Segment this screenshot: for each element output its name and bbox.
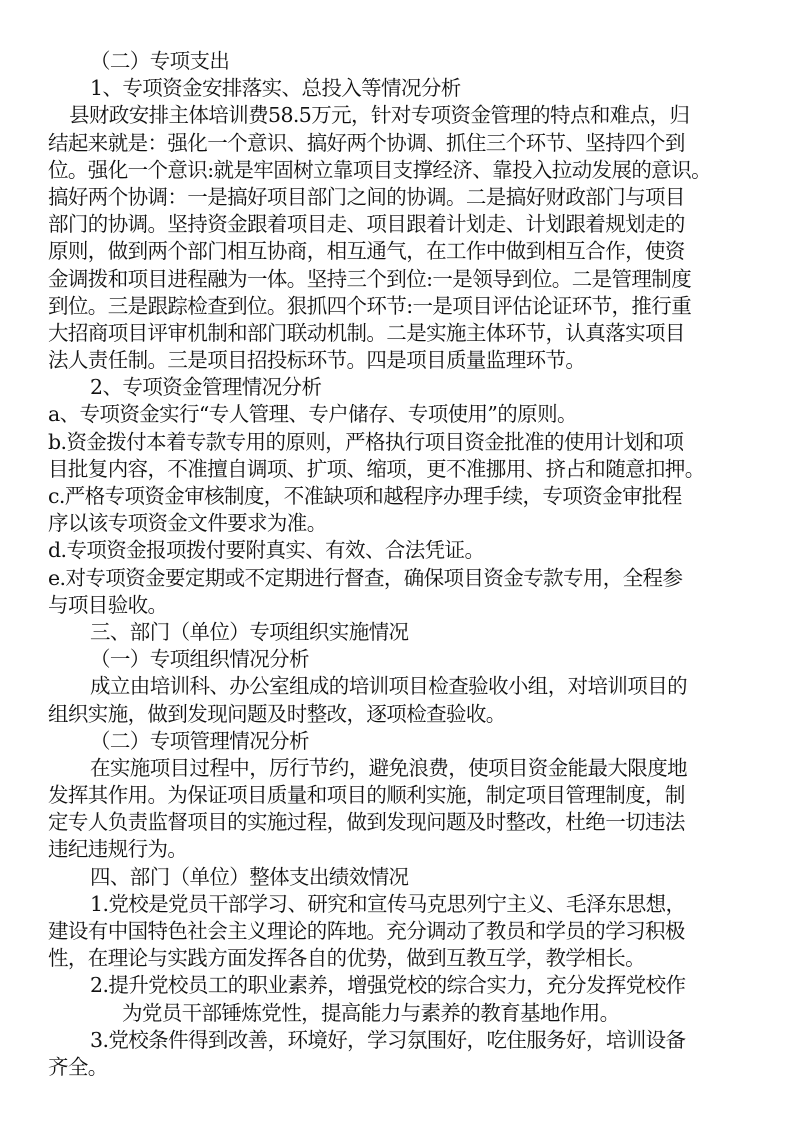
paragraph-line: 建设有中国特色社会主义理论的阵地。充分调动了教员和学员的学习积极 [48, 918, 748, 945]
paragraph-line: 发挥其作用。为保证项目质量和项目的顺利实施，制定项目管理制度，制 [48, 782, 748, 809]
paragraph-line: 法人责任制。三是项目招投标环节。四是项目质量监理环节。 [48, 347, 748, 374]
paragraph-line: 原则，做到两个部门相互协商，相互通气，在工作中做到相互合作，使资 [48, 238, 748, 265]
paragraph-line: 组织实施，做到发现问题及时整改，逐项检查验收。 [48, 701, 748, 728]
paragraph-line: 成立由培训科、办公室组成的培训项目检查验收小组，对培训项目的 [48, 673, 748, 700]
paragraph-line: 结起来就是：强化一个意识、搞好两个协调、抓住三个环节、坚持四个到 [48, 130, 748, 157]
section-heading: （二）专项管理情况分析 [48, 728, 748, 755]
section-heading: 2、专项资金管理情况分析 [48, 374, 748, 401]
paragraph-line: e.对专项资金要定期或不定期进行督查，确保项目资金专款专用，全程参 [48, 565, 748, 592]
section-heading: （一）专项组织情况分析 [48, 646, 748, 673]
paragraph-line: c.严格专项资金审核制度，不准缺项和越程序办理手续，专项资金审批程 [48, 483, 748, 510]
section-heading: 三、部门（单位）专项组织实施情况 [48, 619, 748, 646]
paragraph-line: 目批复内容，不准擅自调项、扩项、缩项，更不准挪用、挤占和随意扣押。 [48, 456, 748, 483]
paragraph-line: a、专项资金实行“专人管理、专户储存、专项使用”的原则。 [48, 401, 748, 428]
paragraph-line: 违纪违规行为。 [48, 836, 748, 863]
paragraph-line: 到位。三是跟踪检查到位。狠抓四个环节:一是项目评估论证环节，推行重 [48, 293, 748, 320]
paragraph-line: d.专项资金报项拨付要附真实、有效、合法凭证。 [48, 537, 748, 564]
paragraph-line: 部门的协调。坚持资金跟着项目走、项目跟着计划走、计划跟着规划走的 [48, 211, 748, 238]
paragraph-line: 与项目验收。 [48, 592, 748, 619]
paragraph-line: 1.党校是党员干部学习、研究和宣传马克思列宁主义、毛泽东思想， [48, 891, 748, 918]
paragraph-line: 定专人负责监督项目的实施过程，做到发现问题及时整改，杜绝一切违法 [48, 809, 748, 836]
paragraph-line: 序以该专项资金文件要求为准。 [48, 510, 748, 537]
paragraph-line: 搞好两个协调：一是搞好项目部门之间的协调。二是搞好财政部门与项目 [48, 184, 748, 211]
paragraph-line: 大招商项目评审机制和部门联动机制。二是实施主体环节，认真落实项目 [48, 320, 748, 347]
section-heading: （二）专项支出 [48, 48, 748, 75]
paragraph-line: 金调拨和项目进程融为一体。坚持三个到位:一是领导到位。二是管理制度 [48, 266, 748, 293]
paragraph-line: 3.党校条件得到改善，环境好，学习氛围好，吃住服务好，培训设备 [48, 1027, 748, 1054]
document-page: （二）专项支出1、专项资金安排落实、总投入等情况分析县财政安排主体培训费58.5… [48, 48, 748, 1081]
paragraph-line: 2.提升党校员工的职业素养，增强党校的综合实力，充分发挥党校作 [48, 972, 748, 999]
paragraph-line: 为党员干部锤炼党性，提高能力与素养的教育基地作用。 [48, 1000, 748, 1027]
paragraph-line: 县财政安排主体培训费58.5万元，针对专项资金管理的特点和难点，归 [48, 102, 748, 129]
paragraph-line: b.资金拨付本着专款专用的原则，严格执行项目资金批准的使用计划和项 [48, 429, 748, 456]
paragraph-line: 齐全。 [48, 1054, 748, 1081]
section-heading: 四、部门（单位）整体支出绩效情况 [48, 864, 748, 891]
section-heading: 1、专项资金安排落实、总投入等情况分析 [48, 75, 748, 102]
paragraph-line: 在实施项目过程中，厉行节约，避免浪费，使项目资金能最大限度地 [48, 755, 748, 782]
paragraph-line: 位。强化一个意识:就是牢固树立靠项目支撑经济、靠投入拉动发展的意识。 [48, 157, 748, 184]
paragraph-line: 性，在理论与实践方面发挥各自的优势，做到互教互学，教学相长。 [48, 945, 748, 972]
